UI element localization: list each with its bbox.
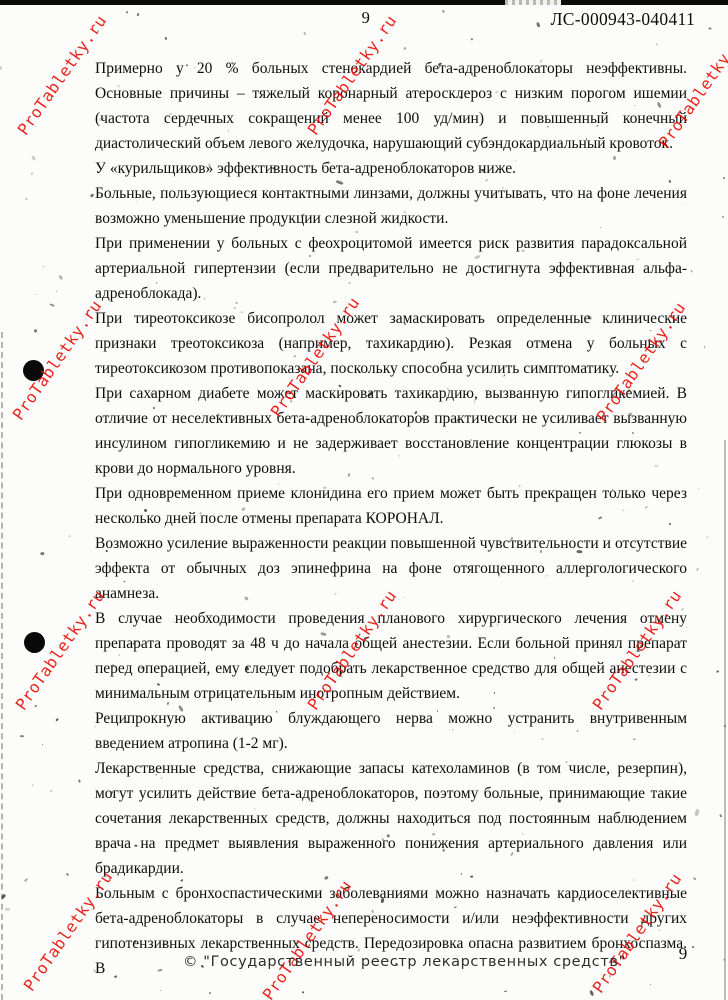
noise-speck — [208, 992, 211, 995]
noise-speck — [648, 675, 650, 676]
noise-speck — [719, 814, 722, 818]
paragraph: При одновременном приеме клонидина его п… — [95, 481, 687, 531]
punch-mark-dot — [24, 632, 45, 653]
noise-speck — [704, 346, 706, 349]
noise-speck — [697, 568, 700, 571]
noise-speck — [169, 112, 173, 114]
noise-speck — [43, 266, 44, 267]
noise-speck — [716, 670, 719, 672]
noise-speck — [40, 552, 44, 555]
noise-speck — [722, 215, 724, 217]
noise-speck — [404, 47, 407, 50]
noise-speck — [35, 126, 36, 127]
noise-speck — [174, 620, 175, 621]
noise-speck — [540, 549, 542, 552]
noise-speck — [31, 155, 36, 161]
noise-speck — [25, 198, 28, 200]
paragraph: При сахарном диабете может маскировать т… — [95, 381, 687, 481]
noise-speck — [24, 878, 28, 882]
noise-speck — [35, 294, 36, 296]
paragraph: Возможно усиление выраженности реакции п… — [95, 531, 687, 606]
scan-edge-right-line — [724, 440, 726, 1000]
noise-speck — [588, 990, 594, 997]
noise-speck — [96, 30, 99, 33]
noise-speck — [249, 722, 251, 725]
document-registration-number: ЛС-000943-040411 — [551, 9, 695, 30]
noise-speck — [723, 177, 725, 180]
noise-speck — [125, 11, 128, 13]
noise-speck — [49, 303, 54, 307]
noise-speck — [707, 536, 709, 539]
noise-speck — [241, 311, 243, 313]
paragraph: У «курильщиков» эффективность бета-адрен… — [95, 156, 687, 181]
noise-speck — [694, 809, 699, 817]
noise-speck — [327, 162, 329, 164]
noise-speck — [165, 37, 167, 40]
noise-speck — [141, 666, 145, 668]
noise-speck — [348, 282, 350, 284]
noise-speck — [371, 477, 374, 479]
paragraph: Больные, пользующиеся контактными линзам… — [95, 181, 687, 231]
noise-speck — [632, 879, 635, 881]
noise-speck — [55, 718, 59, 721]
paragraph: Реципрокную активацию блуждающего нерва … — [95, 706, 687, 756]
noise-speck — [650, 984, 652, 986]
noise-speck — [468, 789, 469, 790]
noise-speck — [471, 37, 474, 40]
noise-speck — [42, 744, 43, 746]
page-number-top: 9 — [338, 8, 394, 28]
noise-speck — [372, 910, 374, 913]
noise-speck — [5, 908, 10, 911]
scan-edge-top-line — [0, 0, 728, 5]
scan-edge-top-gap — [505, 0, 561, 5]
noise-speck — [50, 790, 52, 792]
paragraph: Лекарственные средства, снижающие запасы… — [95, 756, 687, 881]
paragraph: При применении у больных с феохроцитомой… — [95, 231, 687, 306]
paragraph: При тиреотоксикозе бисопролол может зама… — [95, 306, 687, 381]
noise-speck — [20, 735, 24, 737]
noise-speck — [698, 488, 700, 490]
noise-speck — [33, 328, 37, 332]
noise-speck — [685, 627, 686, 628]
noise-speck — [515, 160, 516, 161]
noise-speck — [656, 43, 658, 46]
noise-speck — [504, 991, 507, 993]
noise-speck — [1, 893, 7, 899]
noise-speck — [166, 701, 169, 704]
noise-speck — [288, 340, 290, 342]
page-number-bottom: 9 — [668, 944, 698, 964]
noise-speck — [31, 172, 34, 175]
noise-speck — [160, 990, 161, 991]
punch-mark-dot — [23, 360, 44, 381]
noise-speck — [693, 877, 696, 880]
noise-speck — [612, 489, 613, 490]
footer-copyright: © "Государственный реестр лекарственных … — [183, 954, 626, 970]
noise-speck — [136, 12, 139, 16]
noise-speck — [723, 725, 725, 727]
noise-speck — [68, 535, 70, 537]
noise-speck — [443, 10, 446, 13]
noise-speck — [536, 22, 541, 28]
noise-speck — [272, 167, 275, 169]
noise-speck — [31, 783, 33, 785]
noise-speck — [305, 415, 308, 419]
noise-speck — [304, 32, 307, 35]
noise-speck — [0, 66, 2, 70]
scanned-document-page: 9 ЛС-000943-040411 Примерно у 20 % больн… — [0, 0, 728, 1000]
watermark-text: ProTabletky.ru — [12, 586, 109, 713]
noise-speck — [432, 833, 435, 835]
paragraph: В случае необходимости проведения планов… — [95, 606, 687, 706]
noise-speck — [691, 269, 693, 272]
noise-speck — [628, 412, 632, 415]
noise-speck — [302, 990, 305, 993]
noise-speck — [58, 275, 64, 281]
scan-edge-left-line — [1, 332, 3, 1000]
noise-speck — [79, 780, 81, 783]
noise-speck — [66, 872, 69, 875]
noise-speck — [482, 924, 483, 925]
watermark-text: ProTabletky.ru — [9, 296, 106, 423]
paragraph: Примерно у 20 % больных стенокардией бет… — [95, 56, 687, 156]
noise-speck — [708, 27, 711, 30]
noise-speck — [356, 231, 358, 233]
noise-speck — [56, 291, 57, 292]
noise-speck — [34, 704, 36, 706]
